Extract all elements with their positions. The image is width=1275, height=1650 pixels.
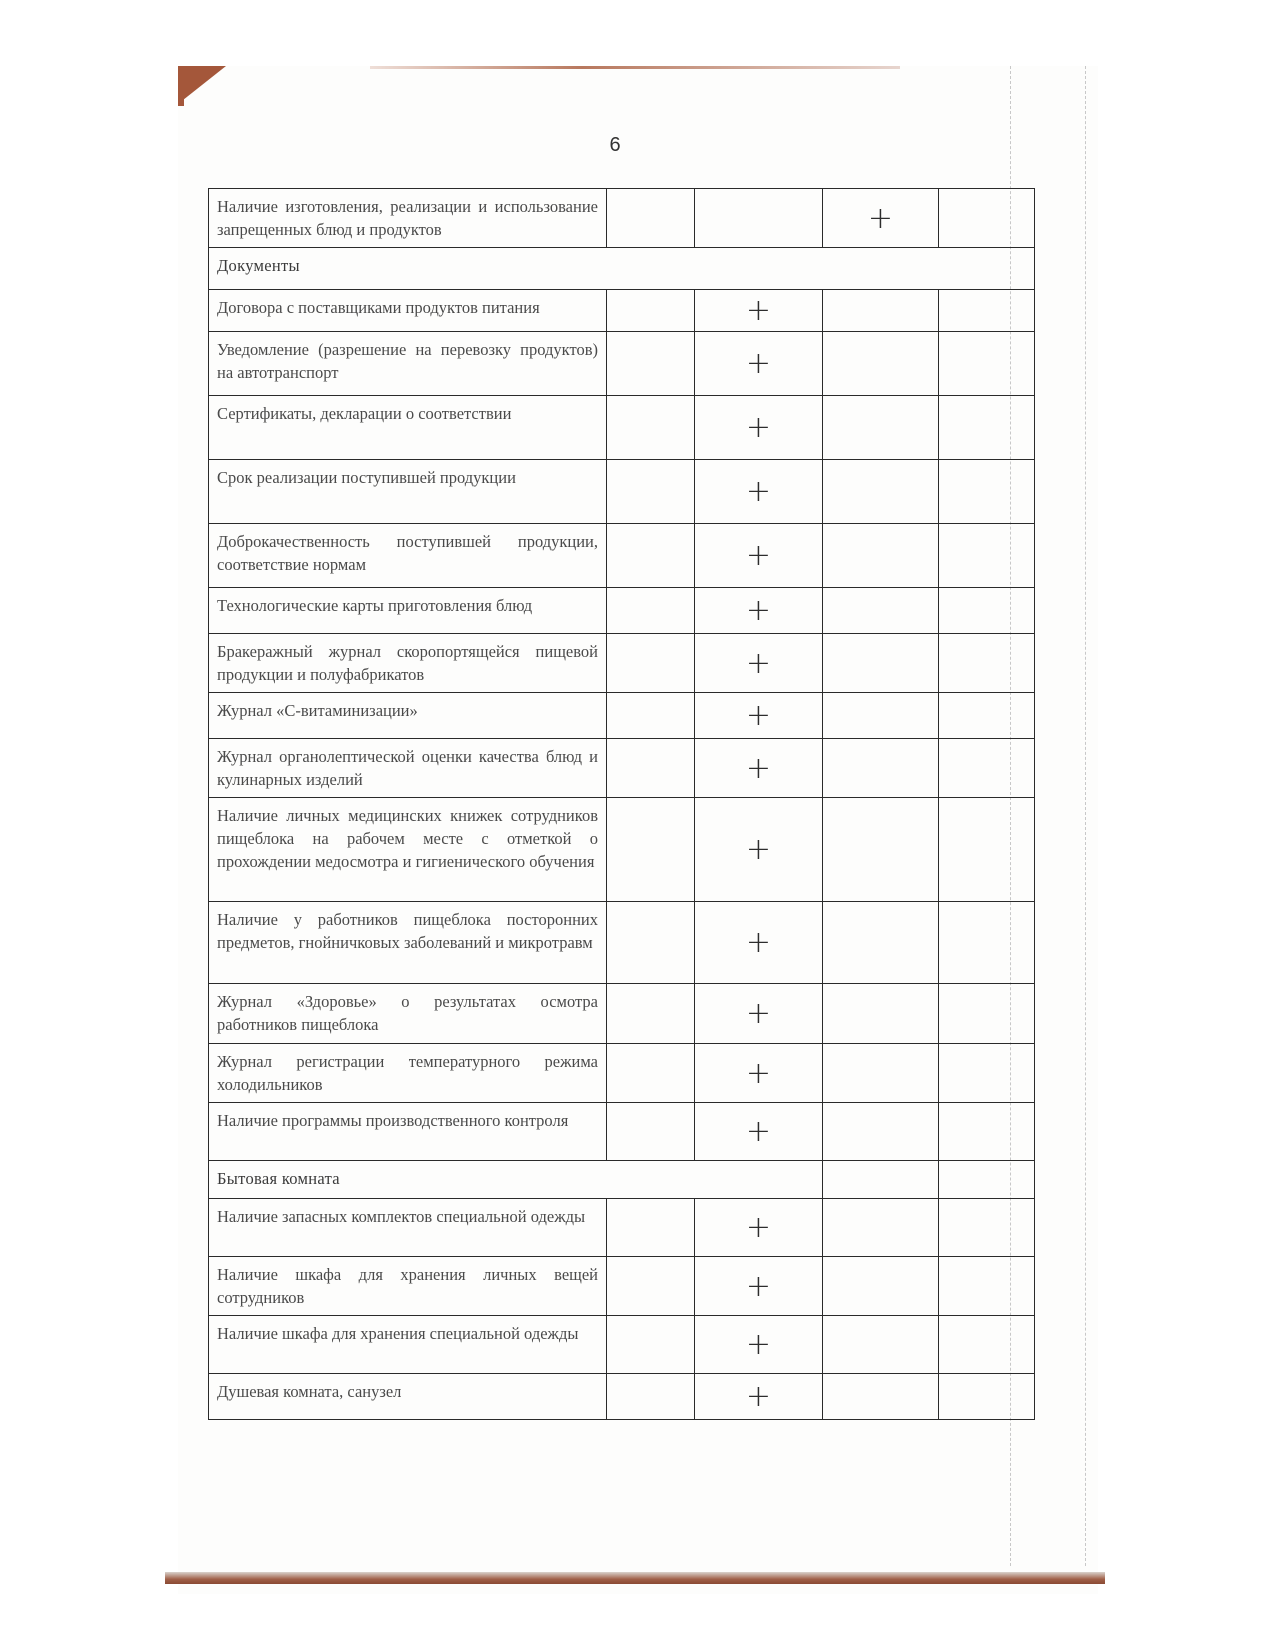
mark-cell [939, 1161, 1035, 1199]
criterion-label: Бракеражный журнал скоропортящейся пищев… [209, 634, 607, 693]
mark-cell [939, 460, 1035, 524]
checkmark-plus-icon: + [695, 1199, 823, 1257]
criterion-label: Сертификаты, декларации о соответствии [209, 396, 607, 460]
mark-cell [823, 332, 939, 396]
table-row: Журнал регистрации температурного режима… [209, 1044, 1035, 1103]
checkmark-plus-icon: + [695, 290, 823, 332]
checkmark-plus-icon: + [695, 460, 823, 524]
checkmark-plus-icon: + [695, 332, 823, 396]
mark-cell [939, 798, 1035, 902]
checklist-table-body: Наличие изготовления, реализации и испол… [209, 189, 1035, 1420]
mark-cell [607, 634, 695, 693]
table-row: Наличие шкафа для хранения специальной о… [209, 1316, 1035, 1374]
mark-cell [939, 524, 1035, 588]
table-row: Договора с поставщиками продуктов питани… [209, 290, 1035, 332]
criterion-label: Наличие запасных комплектов специальной … [209, 1199, 607, 1257]
criterion-label: Наличие программы производственного конт… [209, 1103, 607, 1161]
mark-cell [607, 332, 695, 396]
criterion-label: Душевая комната, санузел [209, 1374, 607, 1420]
table-row: Бракеражный журнал скоропортящейся пищев… [209, 634, 1035, 693]
checkmark-plus-icon: + [695, 588, 823, 634]
mark-cell [939, 1044, 1035, 1103]
mark-cell [823, 460, 939, 524]
mark-cell [823, 1257, 939, 1316]
mark-cell [823, 1103, 939, 1161]
criterion-label: Срок реализации поступившей продукции [209, 460, 607, 524]
background-corner [178, 66, 226, 104]
mark-cell [823, 693, 939, 739]
criterion-label: Уведомление (разрешение на перевозку про… [209, 332, 607, 396]
mark-cell [607, 739, 695, 798]
mark-cell [939, 984, 1035, 1044]
mark-cell [607, 524, 695, 588]
mark-cell [823, 1316, 939, 1374]
table-row: Наличие программы производственного конт… [209, 1103, 1035, 1161]
table-row: Наличие личных медицинских книжек сотруд… [209, 798, 1035, 902]
mark-cell [607, 984, 695, 1044]
criterion-label: Наличие шкафа для хранения личных вещей … [209, 1257, 607, 1316]
mark-cell [939, 693, 1035, 739]
criterion-label: Договора с поставщиками продуктов питани… [209, 290, 607, 332]
checkmark-plus-icon: + [695, 798, 823, 902]
mark-cell [823, 524, 939, 588]
mark-cell [823, 798, 939, 902]
table-row: Наличие шкафа для хранения личных вещей … [209, 1257, 1035, 1316]
mark-cell [939, 902, 1035, 984]
mark-cell [607, 1257, 695, 1316]
checkmark-plus-icon: + [695, 524, 823, 588]
checkmark-plus-icon: + [695, 1316, 823, 1374]
mark-cell [939, 1316, 1035, 1374]
paper-bottom-edge [165, 1572, 1105, 1584]
mark-cell [607, 588, 695, 634]
checkmark-plus-icon: + [695, 902, 823, 984]
mark-cell [823, 1161, 939, 1199]
mark-cell [823, 588, 939, 634]
checkmark-plus-icon: + [695, 634, 823, 693]
table-row: Технологические карты приготовления блюд… [209, 588, 1035, 634]
mark-cell [823, 290, 939, 332]
criterion-label: Наличие у работников пищеблока посторонн… [209, 902, 607, 984]
section-title: Бытовая комната [209, 1161, 823, 1199]
table-row: Наличие запасных комплектов специальной … [209, 1199, 1035, 1257]
mark-cell [939, 332, 1035, 396]
mark-cell [607, 460, 695, 524]
criterion-label: Наличие шкафа для хранения специальной о… [209, 1316, 607, 1374]
mark-cell [939, 1199, 1035, 1257]
criterion-label: Журнал «С-витаминизации» [209, 693, 607, 739]
mark-cell [823, 902, 939, 984]
paper-top-edge [370, 66, 900, 69]
mark-cell [939, 396, 1035, 460]
page-number: 6 [600, 134, 630, 157]
background-corner-edge [178, 66, 184, 106]
mark-cell [823, 739, 939, 798]
table-row: Доброкачественность поступившей продукци… [209, 524, 1035, 588]
table-row: Срок реализации поступившей продукции+ [209, 460, 1035, 524]
mark-cell [939, 1103, 1035, 1161]
mark-cell [607, 1044, 695, 1103]
mark-cell [607, 798, 695, 902]
mark-cell [607, 1103, 695, 1161]
mark-cell [939, 739, 1035, 798]
mark-cell [939, 588, 1035, 634]
checkmark-plus-icon: + [695, 396, 823, 460]
mark-cell [607, 1316, 695, 1374]
table-row: Наличие изготовления, реализации и испол… [209, 189, 1035, 248]
table-row: Сертификаты, декларации о соответствии+ [209, 396, 1035, 460]
criterion-label: Журнал регистрации температурного режима… [209, 1044, 607, 1103]
mark-cell [823, 1044, 939, 1103]
mark-cell [823, 984, 939, 1044]
checkmark-plus-icon: + [695, 739, 823, 798]
mark-cell [939, 290, 1035, 332]
mark-cell [607, 290, 695, 332]
section-row: Бытовая комната [209, 1161, 1035, 1199]
mark-cell [939, 189, 1035, 248]
criterion-label: Журнал «Здоровье» о результатах осмотра … [209, 984, 607, 1044]
checkmark-plus-icon: + [695, 1103, 823, 1161]
criterion-label: Технологические карты приготовления блюд [209, 588, 607, 634]
table-row: Наличие у работников пищеблока посторонн… [209, 902, 1035, 984]
criterion-label: Журнал органолептической оценки качества… [209, 739, 607, 798]
criterion-label: Наличие изготовления, реализации и испол… [209, 189, 607, 248]
table-row: Душевая комната, санузел+ [209, 1374, 1035, 1420]
checkmark-plus-icon: + [695, 1374, 823, 1420]
checkmark-plus-icon: + [823, 189, 939, 248]
checkmark-plus-icon: + [695, 693, 823, 739]
table-row: Журнал органолептической оценки качества… [209, 739, 1035, 798]
mark-cell [607, 1199, 695, 1257]
mark-cell [607, 693, 695, 739]
checklist-table: Наличие изготовления, реализации и испол… [208, 188, 1035, 1420]
mark-cell [823, 634, 939, 693]
checkmark-plus-icon: + [695, 1044, 823, 1103]
mark-cell [607, 1374, 695, 1420]
mark-cell [607, 189, 695, 248]
mark-cell [939, 1374, 1035, 1420]
section-row: Документы [209, 248, 1035, 290]
mark-cell [823, 1199, 939, 1257]
checkmark-plus-icon: + [695, 1257, 823, 1316]
table-row: Журнал «Здоровье» о результатах осмотра … [209, 984, 1035, 1044]
fold-line [1085, 66, 1086, 1566]
mark-cell [823, 396, 939, 460]
table-row: Уведомление (разрешение на перевозку про… [209, 332, 1035, 396]
mark-cell [607, 396, 695, 460]
mark-cell [939, 1257, 1035, 1316]
mark-cell [823, 1374, 939, 1420]
checkmark-plus-icon: + [695, 984, 823, 1044]
criterion-label: Наличие личных медицинских книжек сотруд… [209, 798, 607, 902]
mark-cell [607, 902, 695, 984]
table-row: Журнал «С-витаминизации»+ [209, 693, 1035, 739]
section-title: Документы [209, 248, 1035, 290]
criterion-label: Доброкачественность поступившей продукци… [209, 524, 607, 588]
mark-cell [695, 189, 823, 248]
mark-cell [939, 634, 1035, 693]
